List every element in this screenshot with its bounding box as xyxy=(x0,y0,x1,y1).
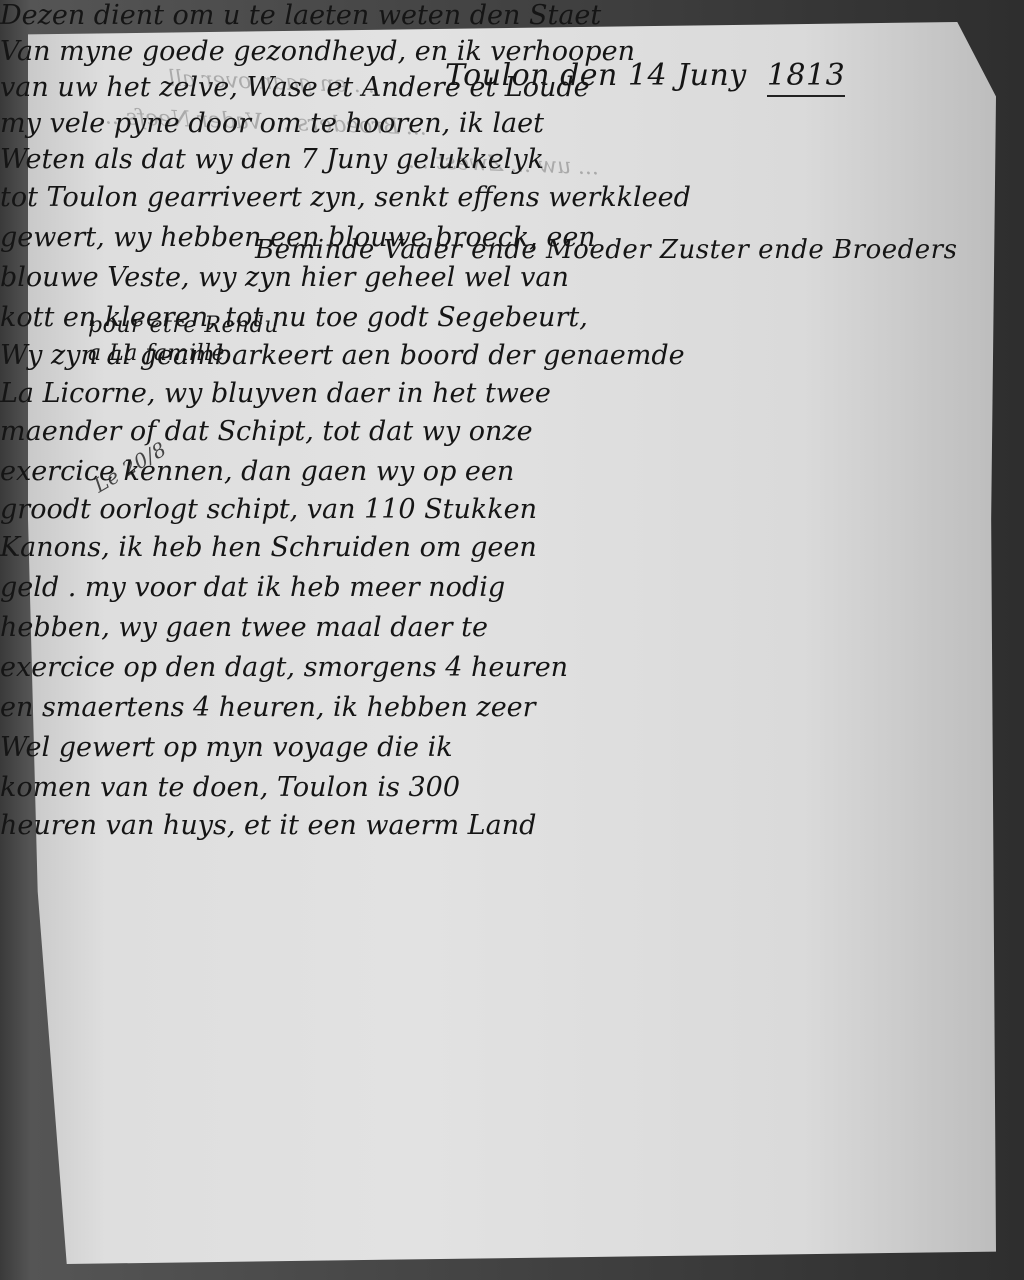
body-line: Van myne goede gezondheyd, en ik verhoop… xyxy=(0,36,635,67)
body-line: groodt oorlogt schipt, van 110 Stukken xyxy=(0,494,537,525)
body-line: my vele pyne door om te hooren, ik laet xyxy=(0,108,544,139)
body-line: geld . my voor dat ik heb meer nodig xyxy=(0,572,505,603)
body-line: Kanons, ik heb hen Schruiden om geen xyxy=(0,532,537,563)
body-line: Dezen dient om u te laeten weten den Sta… xyxy=(0,0,601,31)
body-line: van uw het zelve, Wase et Andere et Loud… xyxy=(0,72,590,103)
body-line: komen van te doen, Toulon is 300 xyxy=(0,772,460,803)
body-line: kott en kleeren, tot nu toe godt Segebeu… xyxy=(0,302,588,333)
body-line: exercice op den dagt, smorgens 4 heuren xyxy=(0,652,568,683)
body-line: hebben, wy gaen twee maal daer te xyxy=(0,612,488,643)
body-line: heuren van huys, et it een waerm Land xyxy=(0,810,536,841)
body-line: en smaertens 4 heuren, ik hebben zeer xyxy=(0,692,536,723)
body-line: exercice kennen, dan gaen wy op een xyxy=(0,456,514,487)
body-line: Wel gewert op myn voyage die ik xyxy=(0,732,453,763)
body-line: gewert, wy hebben een blouwe broeck, een xyxy=(0,222,596,253)
body-line: Weten als dat wy den 7 Juny gelukkelyk xyxy=(0,144,544,175)
body-line: blouwe Veste, wy zyn hier geheel wel van xyxy=(0,262,569,293)
body-line: Wy zyn al geambarkeert aen boord der gen… xyxy=(0,340,685,371)
letter-year: 1813 xyxy=(767,58,845,97)
body-line: La Licorne, wy bluyven daer in het twee xyxy=(0,378,551,409)
body-line: maender of dat Schipt, tot dat wy onze xyxy=(0,416,533,447)
body-line: tot Toulon gearriveert zyn, senkt effens… xyxy=(0,182,691,213)
